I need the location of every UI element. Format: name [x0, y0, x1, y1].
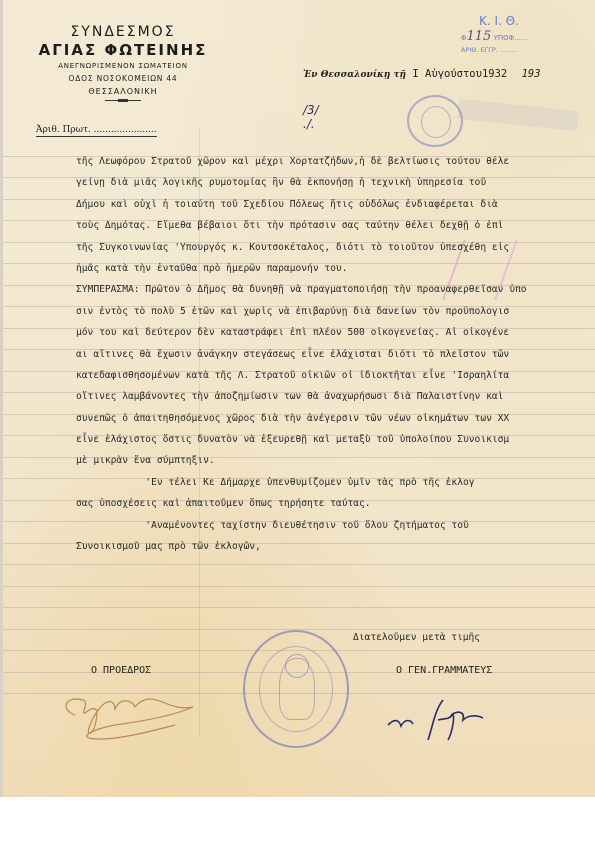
letterhead-status: ΑΝΕΓΝΩΡΙΣΜΕΝΟΝ ΣΩΜΑΤΕΙΟΝ — [33, 62, 213, 70]
closing-salutation: Διατελοῦμεν μετὰ τιμῆς — [353, 632, 480, 643]
page-number: /3/ — [303, 103, 319, 117]
registry-stamp: Κ. Ι. Θ. Φ115 ΥΠΟΦ...... ΑΡΙΘ. ΕΓΓΡ. ...… — [461, 14, 528, 54]
registry-entry-label: ΑΡΙΘ. ΕΓΓΡ. ........ — [461, 46, 528, 54]
letterhead-address: ΟΔΟΣ ΝΟΣΟΚΟΜΕΙΩΝ 44 — [33, 74, 213, 83]
body-line: τῆς Συγκοινωνίας 'Υπουργός κ. Κουτσοκέτα… — [76, 237, 595, 258]
association-seal-icon — [243, 630, 349, 748]
body-line: σιν ἐντὸς τὸ πολὺ 5 ἐτῶν καὶ χωρὶς νὰ ἐπ… — [76, 301, 595, 322]
president-signature-icon — [55, 685, 205, 745]
body-line: συνεπῶς ὁ ἀπαιτηθησόμενος χῶρος διὰ τὴν … — [76, 408, 595, 429]
body-line: οἵτινες λαμβάνοντες τὴν ἀποζημίωσιν των … — [76, 386, 595, 407]
registry-number: 115 — [467, 29, 492, 44]
secretary-signature-icon — [383, 690, 503, 745]
ruled-line — [3, 564, 595, 565]
ornament-divider — [105, 100, 141, 105]
dateline-year-print: 193 — [522, 68, 541, 80]
body-line: κατεδαφισθησομένων κατὰ τῆς Λ. Στρατοῦ ο… — [76, 365, 595, 386]
registry-sub-label: ΥΠΟΦ...... — [494, 34, 528, 42]
body-line: γείνῃ διὰ μιᾶς λογικῆς ρυμοτομίας ἣν θὰ … — [76, 172, 595, 193]
body-line: σας ὑποσχέσεις καὶ ἀπαιτοῦμεν ὅπως τηρήσ… — [76, 493, 595, 514]
ruled-line — [3, 586, 595, 587]
body-line: τοὺς Δημότας. Εἴμεθα βέβαιοι ὅτι τὴν πρό… — [76, 215, 595, 236]
letterhead: ΣΥΝΔΕΣΜΟΣ ΑΓΙΑΣ ΦΩΤΕΙΝΗΣ ΑΝΕΓΝΩΡΙΣΜΕΝΟΝ … — [33, 24, 213, 105]
dateline-lead: Ἐν Θεσσαλονίκῃ τῇ — [303, 70, 406, 80]
letterhead-organization: ΑΓΙΑΣ ΦΩΤΕΙΝΗΣ — [33, 41, 213, 59]
continuation-mark: ./. — [303, 117, 319, 131]
protocol-dots: ...................... — [94, 125, 157, 135]
protocol-number: Ἀριθ. Πρωτ. ...................... — [36, 125, 157, 137]
body-line: τῆς Λεωφόρου Στρατοῦ χῶρον καὶ μέχρι Χορ… — [76, 151, 595, 172]
page-marker: /3/ ./. — [303, 103, 319, 131]
letter-body: τῆς Λεωφόρου Στρατοῦ χῶρον καὶ μέχρι Χορ… — [76, 151, 595, 557]
letterhead-line-1: ΣΥΝΔΕΣΜΟΣ — [33, 24, 213, 40]
body-line: 'Εν τέλει Κε Δήμαρχε ὑπενθυμίζομεν ὑμῖν … — [76, 472, 595, 493]
dateline: Ἐν Θεσσαλονίκῃ τῇ I Αὐγούστου1932 193 — [303, 68, 541, 80]
body-line: 'Αναμένοντες ταχίστην διευθέτησιν τοῦ ὅλ… — [76, 515, 595, 536]
body-line-conclusion: ΣΥΜΠΕΡΑΣΜΑ: Πρῶτον ὁ Δῆμος θὰ δυνηθῇ νὰ … — [76, 279, 595, 300]
body-line: Δήμου καὶ οὐχὶ ἡ τοιαύτη τοῦ Σχεδίου Πόλ… — [76, 194, 595, 215]
body-line: Συνοικισμοῦ μας πρὸ τῶν ἐκλογῶν, — [76, 536, 595, 557]
body-line: μόν του καὶ δεύτερον δὲν καταστράφει ἐπὶ… — [76, 322, 595, 343]
letterhead-city: ΘΕΣΣΑΛΟΝΙΚΗ — [33, 87, 213, 96]
round-stamp-icon — [407, 95, 463, 147]
body-line: αι αἵτινες θὰ ἔχωσιν ἀνάγκην στεγάσεως ε… — [76, 344, 595, 365]
registry-file-line: Φ115 ΥΠΟΦ...... — [461, 29, 528, 44]
protocol-label: Ἀριθ. Πρωτ. — [36, 125, 91, 135]
dateline-date: I Αὐγούστου1932 — [412, 68, 507, 80]
body-line: εἶνε ἐλάχιστος ὅστις δυνατὸν νὰ ἐξευρεθῇ… — [76, 429, 595, 450]
stamp-smudge — [457, 99, 578, 131]
letter-page: ΣΥΝΔΕΣΜΟΣ ΑΓΙΑΣ ΦΩΤΕΙΝΗΣ ΑΝΕΓΝΩΡΙΣΜΕΝΟΝ … — [0, 0, 595, 797]
registry-header: Κ. Ι. Θ. — [479, 14, 528, 28]
president-title: Ο ΠΡΟΕΔΡΟΣ — [91, 665, 151, 676]
secretary-title: Ο ΓΕΝ.ΓΡΑΜΜΑΤΕΥΣ — [396, 665, 492, 676]
body-line: ἡμᾶς κατὰ τὴν ἐνταῦθα πρὸ ἡμερῶν παραμον… — [76, 258, 595, 279]
ruled-line — [3, 607, 595, 608]
seal-saint-figure — [279, 658, 315, 720]
body-line: μὲ μικρὰν ἔνα σύμπτηξιν. — [76, 450, 595, 471]
